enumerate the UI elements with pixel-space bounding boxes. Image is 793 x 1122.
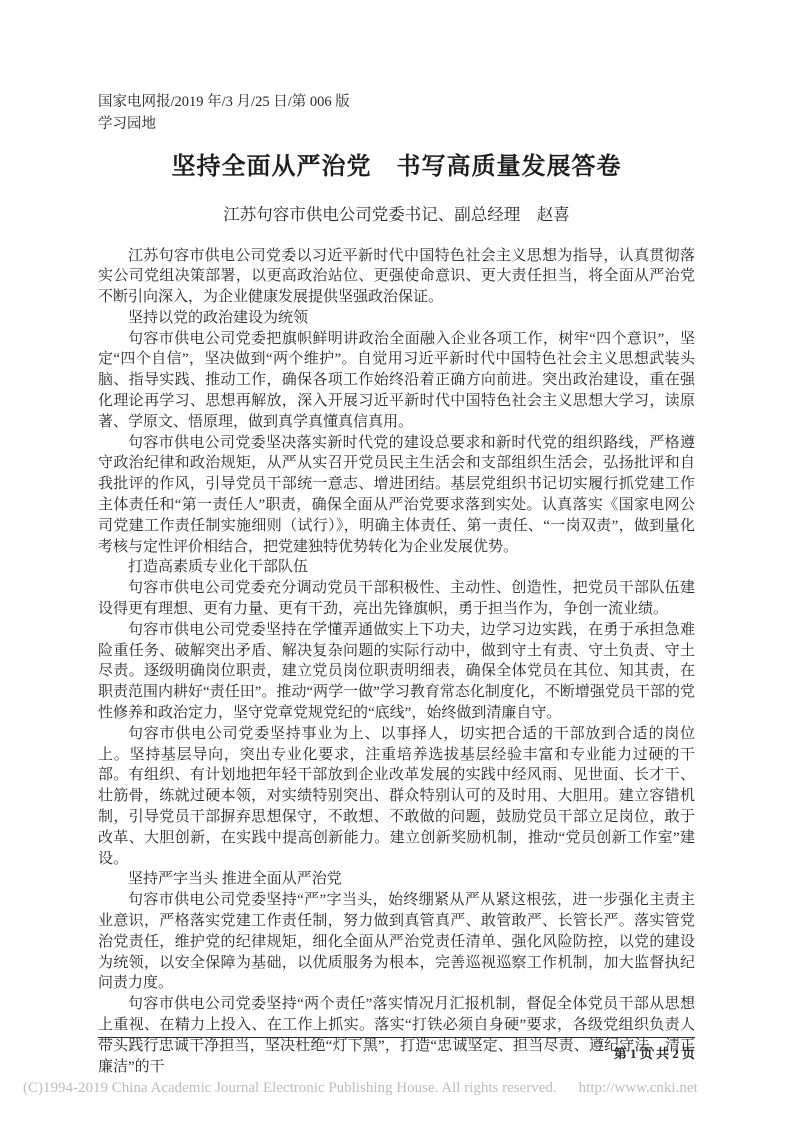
article-paragraph: 句容市供电公司党委坚持“严”字当头，始终绷紧从严从紧这根弦，进一步强化主责主业意…: [98, 890, 695, 994]
publication-info: 国家电网报/2019 年/3 月/25 日/第 006 版: [98, 92, 695, 114]
document-page: 国家电网报/2019 年/3 月/25 日/第 006 版 学习园地 坚持全面从…: [0, 0, 793, 1122]
cnki-url: http://www.cnki.net: [579, 1080, 698, 1096]
article-title: 坚持全面从严治党 书写高质量发展答卷: [98, 152, 695, 182]
article-byline: 江苏句容市供电公司党委书记、副总经理 赵喜: [98, 204, 695, 226]
page-indicator: 第 1 页 共 2 页: [98, 1038, 695, 1062]
masthead: 国家电网报/2019 年/3 月/25 日/第 006 版 学习园地: [98, 92, 695, 135]
footer-divider: 第 1 页 共 2 页: [98, 1037, 695, 1062]
article-paragraph: 句容市供电公司党委坚持在学懂弄通做实上下功夫，边学习边实践，在勇于承担急难险重任…: [98, 620, 695, 724]
copyright-bar: (C)1994-2019 China Academic Journal Elec…: [23, 1080, 698, 1097]
section-heading: 坚持严字当头 推进全面从严治党: [98, 869, 695, 890]
section-name: 学习园地: [98, 114, 695, 136]
article-paragraph: 江苏句容市供电公司党委以习近平新时代中国特色社会主义思想为指导，认真贯彻落实公司…: [98, 246, 695, 308]
copyright-notice: (C)1994-2019 China Academic Journal Elec…: [23, 1080, 557, 1096]
article-paragraph: 句容市供电公司党委坚决落实新时代党的建设总要求和新时代党的组织路线，严格遵守政治…: [98, 433, 695, 558]
section-heading: 打造高素质专业化干部队伍: [98, 557, 695, 578]
article-body: 江苏句容市供电公司党委以习近平新时代中国特色社会主义思想为指导，认真贯彻落实公司…: [98, 246, 695, 1078]
section-heading: 坚持以党的政治建设为统领: [98, 308, 695, 329]
article-paragraph: 句容市供电公司党委充分调动党员干部积极性、主动性、创造性，把党员干部队伍建设得更…: [98, 578, 695, 620]
article-paragraph: 句容市供电公司党委坚持“两个责任”落实情况月汇报机制，督促全体党员干部从思想上重…: [98, 994, 695, 1077]
article-paragraph: 句容市供电公司党委坚持事业为上、以事择人，切实把合适的干部放到合适的岗位上。坚持…: [98, 724, 695, 870]
article-paragraph: 句容市供电公司党委把旗帜鲜明讲政治全面融入企业各项工作，树牢“四个意识”，坚定“…: [98, 329, 695, 433]
